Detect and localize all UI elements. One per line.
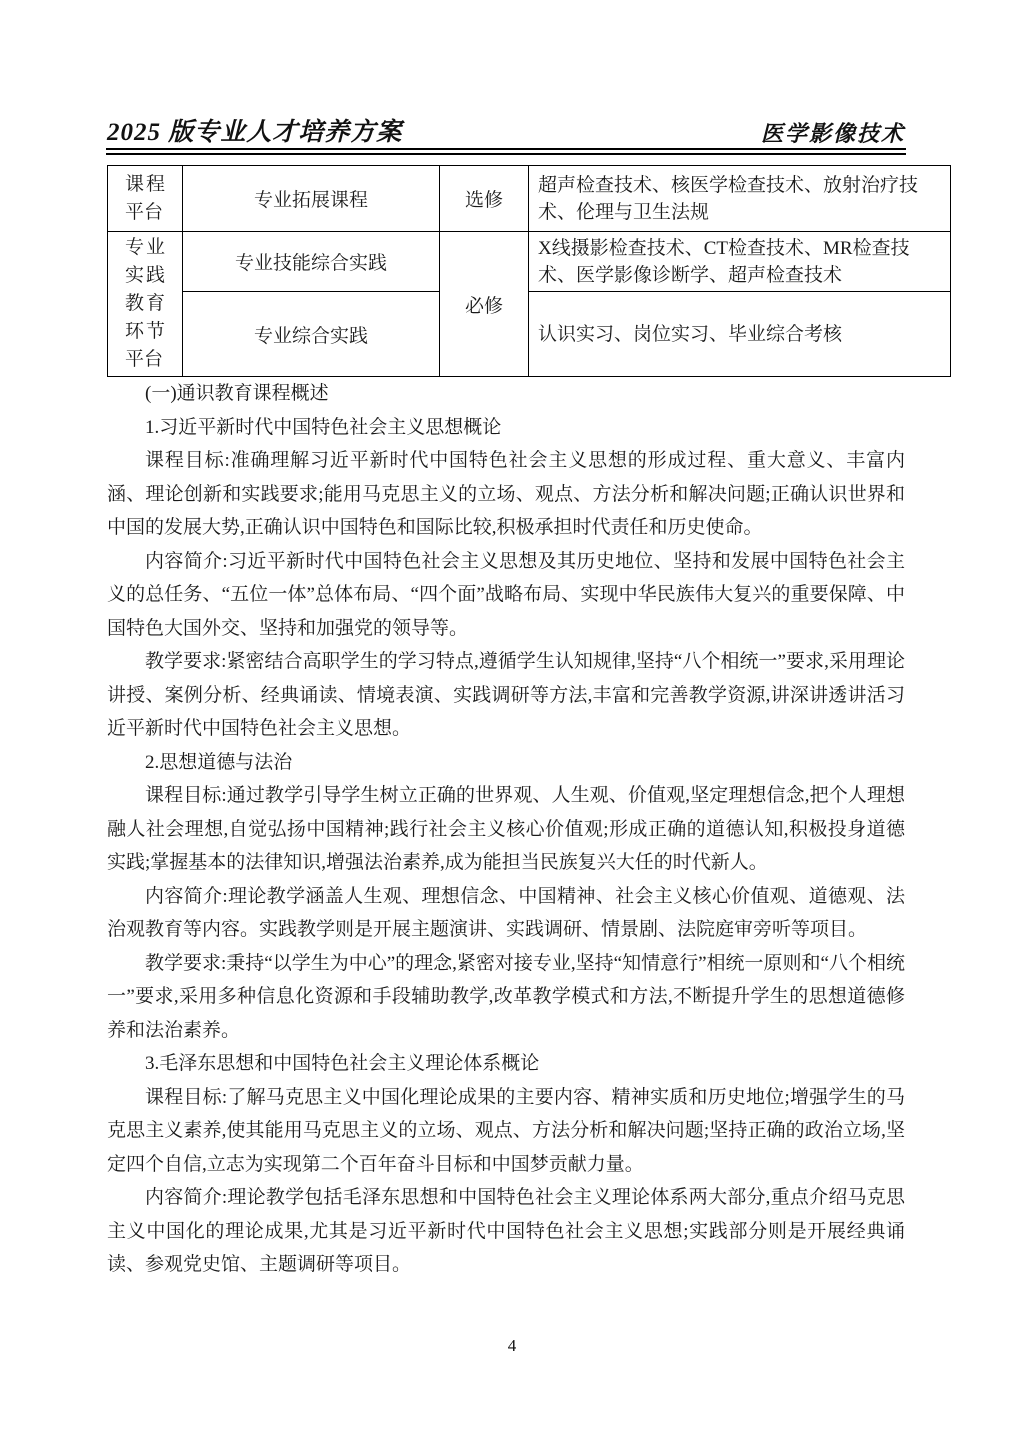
page-header: 2025 版专业人才培养方案 医学影像技术	[107, 110, 905, 148]
course-heading: 1.习近平新时代中国特色社会主义思想概论	[107, 411, 905, 445]
course-heading: 2.思想道德与法治	[107, 746, 905, 780]
paragraph-teaching-requirement: 教学要求:紧密结合高职学生的学习特点,遵循学生认知规律,坚持“八个相统一”要求,…	[107, 645, 905, 746]
course-heading: 3.毛泽东思想和中国特色社会主义理论体系概论	[107, 1047, 905, 1081]
platform-cell: 课程平台	[108, 166, 183, 232]
category-cell: 专业拓展课程	[183, 166, 440, 232]
category-cell: 专业技能综合实践	[183, 232, 440, 292]
paragraph-teaching-requirement: 教学要求:秉持“以学生为中心”的理念,紧密对接专业,坚持“知情意行”相统一原则和…	[107, 947, 905, 1048]
course-platform-table: 课程平台 专业拓展课程 选修 超声检查技术、核医学检查技术、放射治疗技术、伦理与…	[107, 165, 951, 377]
paragraph-course-goal: 课程目标:通过教学引导学生树立正确的世界观、人生观、价值观,坚定理想信念,把个人…	[107, 779, 905, 880]
section-heading: (一)通识教育课程概述	[107, 377, 905, 411]
courses-cell: 认识实习、岗位实习、毕业综合考核	[529, 292, 951, 377]
type-cell: 必修	[440, 232, 529, 377]
category-cell: 专业综合实践	[183, 292, 440, 377]
courses-cell: 超声检查技术、核医学检查技术、放射治疗技术、伦理与卫生法规	[529, 166, 951, 232]
table-row: 专业综合实践 认识实习、岗位实习、毕业综合考核	[108, 292, 951, 377]
platform-cell: 专业实践教育环节平台	[108, 232, 183, 377]
paragraph-course-intro: 内容简介:习近平新时代中国特色社会主义思想及其历史地位、坚持和发展中国特色社会主…	[107, 545, 905, 646]
platform-cell-label: 课程平台	[125, 171, 165, 227]
paragraph-course-intro: 内容简介:理论教学包括毛泽东思想和中国特色社会主义理论体系两大部分,重点介绍马克…	[107, 1181, 905, 1282]
document-page: 2025 版专业人才培养方案 医学影像技术 课程平台 专业拓展课程 选修 超声检…	[0, 0, 1024, 1448]
header-left-title: 2025 版专业人才培养方案	[107, 112, 402, 148]
courses-cell: X线摄影检查技术、CT检查技术、MR检查技术、医学影像诊断学、超声检查技术	[529, 232, 951, 292]
paragraph-course-intro: 内容简介:理论教学涵盖人生观、理想信念、中国精神、社会主义核心价值观、道德观、法…	[107, 880, 905, 947]
document-body: (一)通识教育课程概述 1.习近平新时代中国特色社会主义思想概论 课程目标:准确…	[107, 377, 905, 1282]
paragraph-course-goal: 课程目标:准确理解习近平新时代中国特色社会主义思想的形成过程、重大意义、丰富内涵…	[107, 444, 905, 545]
header-right-title: 医学影像技术	[761, 117, 905, 148]
header-double-rule	[106, 148, 906, 155]
page-number: 4	[0, 1336, 1024, 1356]
type-cell: 选修	[440, 166, 529, 232]
table-row: 课程平台 专业拓展课程 选修 超声检查技术、核医学检查技术、放射治疗技术、伦理与…	[108, 166, 951, 232]
paragraph-course-goal: 课程目标:了解马克思主义中国化理论成果的主要内容、精神实质和历史地位;增强学生的…	[107, 1081, 905, 1182]
platform-cell-label: 专业实践教育环节平台	[125, 234, 165, 374]
table-row: 专业实践教育环节平台 专业技能综合实践 必修 X线摄影检查技术、CT检查技术、M…	[108, 232, 951, 292]
